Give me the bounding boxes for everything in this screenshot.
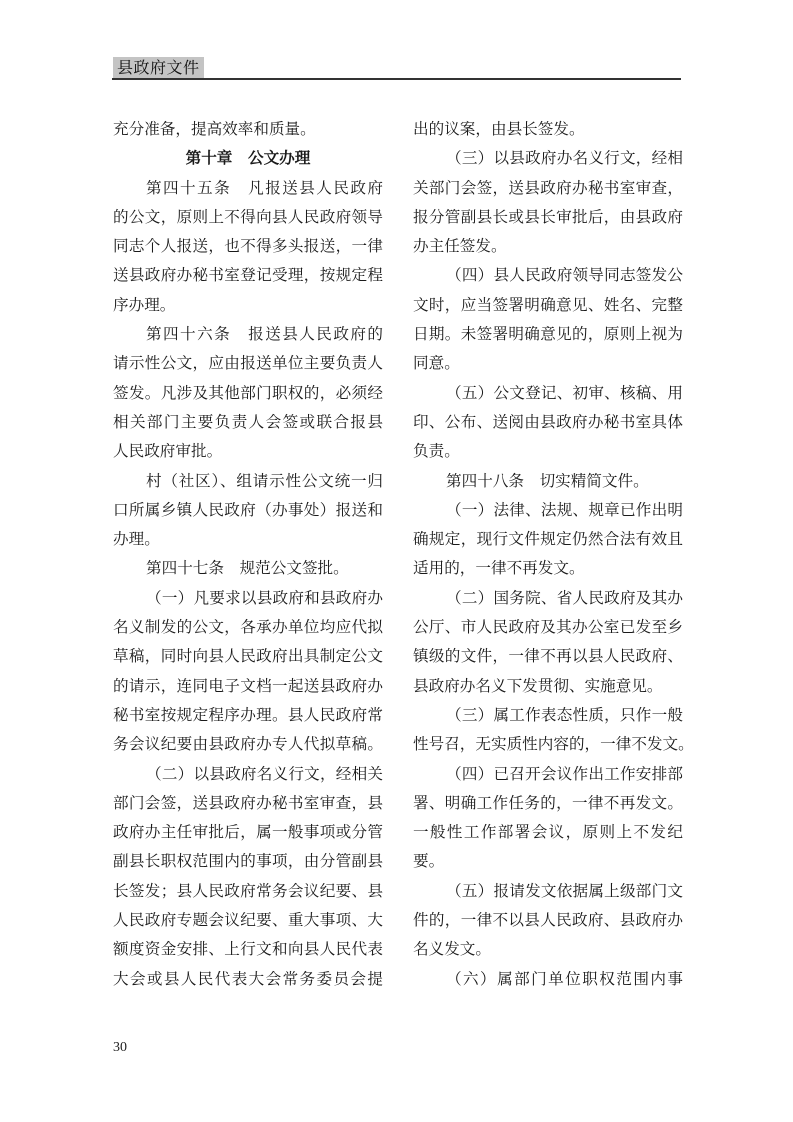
text-line: （五）公文登记、初审、核稿、用 bbox=[413, 379, 683, 408]
text-line: 序办理。 bbox=[113, 291, 383, 320]
text-line: 名义发文。 bbox=[413, 935, 683, 964]
text-line: 充分准备，提高效率和质量。 bbox=[113, 115, 383, 144]
text-line: 报分管副县长或县长审批后，由县政府 bbox=[413, 203, 683, 232]
text-line: 适用的，一律不再发文。 bbox=[413, 554, 683, 583]
text-line: 务会议纪要由县政府办专人代拟草稿。 bbox=[113, 730, 383, 759]
text-line: 草稿，同时向县人民政府出具制定公文 bbox=[113, 642, 383, 671]
text-line: 第四十八条 切实精简文件。 bbox=[413, 467, 683, 496]
chapter-title: 第十章 公文办理 bbox=[113, 144, 383, 173]
text-line: 长签发；县人民政府常务会议纪要、县 bbox=[113, 877, 383, 906]
text-line: 办主任签发。 bbox=[413, 232, 683, 261]
text-line: （三）属工作表态性质，只作一般 bbox=[413, 701, 683, 730]
text-line: 额度资金安排、上行文和向县人民代表 bbox=[113, 935, 383, 964]
text-line: 关部门会签，送县政府办秘书室审查， bbox=[413, 174, 683, 203]
text-line: 的公文，原则上不得向县人民政府领导 bbox=[113, 203, 383, 232]
text-line: 同意。 bbox=[413, 349, 683, 378]
text-line: 日期。未签署明确意见的，原则上视为 bbox=[413, 320, 683, 349]
text-line: 送县政府办秘书室登记受理，按规定程 bbox=[113, 261, 383, 290]
text-line: 镇级的文件，一律不再以县人民政府、 bbox=[413, 642, 683, 671]
text-line: 秘书室按规定程序办理。县人民政府常 bbox=[113, 701, 383, 730]
text-line: 确规定，现行文件规定仍然合法有效且 bbox=[413, 525, 683, 554]
text-line: 要。 bbox=[413, 847, 683, 876]
text-line: （一）凡要求以县政府和县政府办 bbox=[113, 584, 383, 613]
text-line: 副县长职权范围内的事项，由分管副县 bbox=[113, 847, 383, 876]
text-line: 大会或县人民代表大会常务委员会提 bbox=[113, 965, 383, 994]
text-line: （二）以县政府名义行文，经相关 bbox=[113, 760, 383, 789]
text-line: 签发。凡涉及其他部门职权的，必须经 bbox=[113, 379, 383, 408]
text-line: 公厅、市人民政府及其办公室已发至乡 bbox=[413, 613, 683, 642]
text-line: （六）属部门单位职权范围内事 bbox=[413, 965, 683, 994]
text-line: 村（社区）、组请示性公文统一归 bbox=[113, 467, 383, 496]
text-line: （五）报请发文依据属上级部门文 bbox=[413, 877, 683, 906]
text-line: （四）县人民政府领导同志签发公 bbox=[413, 261, 683, 290]
right-text-column: 出的议案，由县长签发。（三）以县政府办名义行文，经相关部门会签，送县政府办秘书室… bbox=[413, 115, 683, 994]
text-line: 人民政府审批。 bbox=[113, 437, 383, 466]
text-line: 文时，应当签署明确意见、姓名、完整 bbox=[413, 291, 683, 320]
text-line: 性号召，无实质性内容的，一律不发文。 bbox=[413, 730, 683, 759]
text-line: 件的，一律不以县人民政府、县政府办 bbox=[413, 906, 683, 935]
text-line: （四）已召开会议作出工作安排部 bbox=[413, 760, 683, 789]
text-line: 请示性公文，应由报送单位主要负责人 bbox=[113, 349, 383, 378]
text-line: 政府办主任审批后，属一般事项或分管 bbox=[113, 818, 383, 847]
text-line: 同志个人报送，也不得多头报送，一律 bbox=[113, 232, 383, 261]
text-line: 部门会签，送县政府办秘书室审查，县 bbox=[113, 789, 383, 818]
text-line: 出的议案，由县长签发。 bbox=[413, 115, 683, 144]
text-line: （二）国务院、省人民政府及其办 bbox=[413, 584, 683, 613]
text-line: 的请示，连同电子文档一起送县政府办 bbox=[113, 672, 383, 701]
text-line: 办理。 bbox=[113, 525, 383, 554]
text-line: （三）以县政府办名义行文，经相 bbox=[413, 144, 683, 173]
text-line: 第四十七条 规范公文签批。 bbox=[113, 554, 383, 583]
text-line: 印、公布、送阅由县政府办秘书室具体 bbox=[413, 408, 683, 437]
text-line: 县政府办名义下发贯彻、实施意见。 bbox=[413, 672, 683, 701]
text-line: 署、明确工作任务的，一律不再发文。 bbox=[413, 789, 683, 818]
text-line: 第四十六条 报送县人民政府的 bbox=[113, 320, 383, 349]
text-line: 口所属乡镇人民政府（办事处）报送和 bbox=[113, 496, 383, 525]
text-line: 人民政府专题会议纪要、重大事项、大 bbox=[113, 906, 383, 935]
page-number: 30 bbox=[113, 1040, 127, 1056]
text-line: 相关部门主要负责人会签或联合报县 bbox=[113, 408, 383, 437]
text-line: 第四十五条 凡报送县人民政府 bbox=[113, 174, 383, 203]
text-line: 一般性工作部署会议，原则上不发纪 bbox=[413, 818, 683, 847]
left-text-column: 充分准备，提高效率和质量。第十章 公文办理第四十五条 凡报送县人民政府的公文，原… bbox=[113, 115, 383, 994]
header-divider bbox=[112, 78, 681, 80]
text-line: （一）法律、法规、规章已作出明 bbox=[413, 496, 683, 525]
text-line: 负责。 bbox=[413, 437, 683, 466]
text-line: 名义制发的公文，各承办单位均应代拟 bbox=[113, 613, 383, 642]
document-header-title: 县政府文件 bbox=[113, 57, 204, 78]
